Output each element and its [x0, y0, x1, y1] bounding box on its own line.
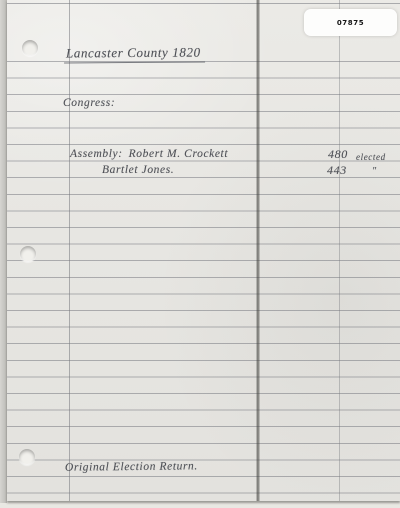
catalog-number-sticker: 07875 — [304, 9, 397, 36]
hole-punch-top — [22, 40, 38, 56]
hole-punch-bottom — [19, 449, 35, 465]
page-title: Lancaster County 1820 — [64, 45, 205, 64]
assembly-label: Assembly: — [70, 148, 123, 160]
hole-punch-middle — [20, 246, 36, 262]
candidate-name-2: Bartlet Jones. — [102, 164, 174, 176]
catalog-number: 07875 — [337, 19, 364, 27]
ruled-lines — [7, 61, 400, 494]
congress-heading: Congress: — [63, 97, 115, 109]
elected-note: elected — [356, 152, 386, 162]
vote-count-2: 443 — [327, 163, 347, 178]
page-fold-line — [256, 0, 260, 501]
vote-count-1: 480 — [328, 147, 348, 162]
right-column-line — [339, 0, 340, 501]
footer-note: Original Election Return. — [65, 460, 198, 473]
page-left-gutter — [0, 0, 7, 503]
candidate-name-1: Robert M. Crockett — [129, 148, 228, 160]
scanned-ledger-page: 07875 Lancaster County 1820 Congress: As… — [0, 0, 400, 508]
top-ruled-line — [7, 3, 400, 4]
margin-line — [69, 0, 70, 501]
ditto-mark: " — [372, 166, 377, 177]
assembly-row-1: Assembly:Robert M. Crockett — [70, 148, 228, 160]
backing-strip — [0, 503, 400, 508]
